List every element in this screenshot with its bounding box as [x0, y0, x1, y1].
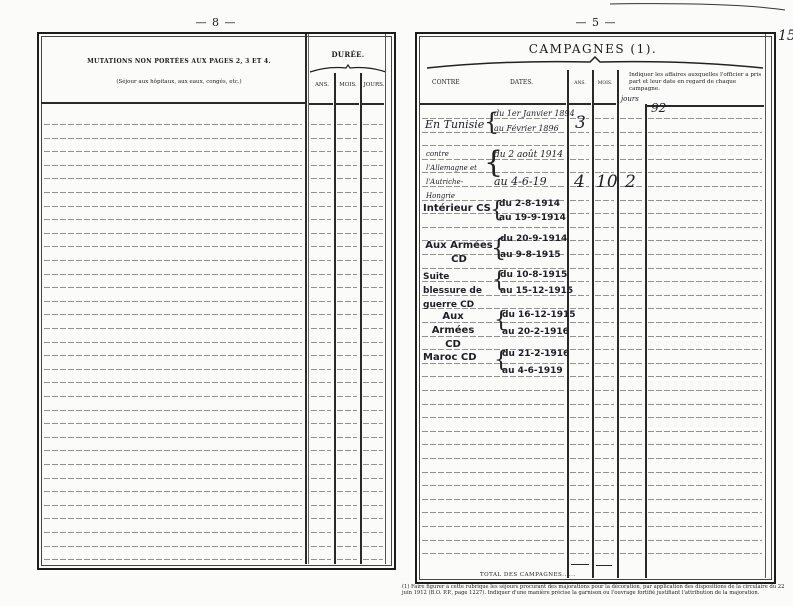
ruled-line: [620, 295, 642, 296]
ruled-line: [337, 138, 357, 139]
ruled-line: [363, 546, 383, 547]
ruled-line: [44, 342, 302, 343]
ruled-line: [595, 390, 614, 391]
ruled-line: [422, 458, 564, 459]
ruled-line: [570, 472, 589, 473]
ruled-line: [620, 213, 642, 214]
ruled-line: [311, 437, 331, 438]
total-campagnes-label: TOTAL DES CAMPAGNES......: [480, 572, 576, 578]
ruled-line: [570, 145, 589, 146]
ruled-line: [570, 526, 589, 527]
ruled-line: [337, 192, 357, 193]
ruled-line: [363, 301, 383, 302]
ruled-line: [422, 390, 564, 391]
ruled-line: [595, 118, 614, 119]
campaign-contre: contre l'Allemagne et l'Autriche-Hongrie: [426, 147, 486, 203]
ruled-line: [595, 499, 614, 500]
duree-label: DURÉE.: [308, 50, 388, 59]
ruled-line: [337, 206, 357, 207]
ruled-line: [595, 417, 614, 418]
ruled-line: [570, 281, 589, 282]
ruled-line: [44, 314, 302, 315]
ruled-line: [648, 376, 762, 377]
ruled-line: [648, 132, 762, 133]
ruled-line: [648, 540, 762, 541]
ruled-line: [648, 159, 762, 160]
ruled-line: [337, 410, 357, 411]
ruled-line: [363, 559, 383, 560]
ruled-line: [337, 328, 357, 329]
ruled-line: [44, 423, 302, 424]
mutations-title: MUTATIONS NON PORTÉES AUX PAGES 2, 3 ET …: [50, 58, 308, 65]
ruled-line: [311, 151, 331, 152]
ruled-line: [648, 444, 762, 445]
col-mois: MOIS.: [336, 82, 360, 88]
campaign-date-from: du 2-8-1914: [499, 199, 560, 209]
ruled-line: [648, 268, 762, 269]
duree-brace: [308, 64, 388, 74]
ruled-line: [44, 301, 302, 302]
ruled-line: [570, 458, 589, 459]
ruled-line: [620, 472, 642, 473]
ruled-line: [570, 159, 589, 160]
col-mois: MOIS.: [594, 81, 616, 86]
ruled-line: [311, 274, 331, 275]
col-affaires: Indiquer les affaires auxquelles l'offic…: [629, 72, 767, 93]
ruled-line: [363, 478, 383, 479]
ruled-line: [337, 274, 357, 275]
ruled-line: [620, 376, 642, 377]
ruled-line: [620, 281, 642, 282]
ruled-line: [620, 540, 642, 541]
ruled-line: [595, 526, 614, 527]
ruled-line: [363, 355, 383, 356]
campaign-date-to: au 4-6-1919: [502, 366, 563, 376]
ruled-line: [620, 240, 642, 241]
ruled-line: [44, 287, 302, 288]
ruled-line: [570, 240, 589, 241]
ruled-line: [363, 491, 383, 492]
ruled-line: [422, 376, 564, 377]
ruled-line: [648, 553, 762, 554]
ruled-line: [620, 118, 642, 119]
ruled-line: [595, 159, 614, 160]
ruled-line: [337, 396, 357, 397]
right-page-number: — 5 —: [566, 16, 626, 29]
ruled-line: [648, 145, 762, 146]
campaign-contre: Aux Armées CD: [423, 310, 483, 352]
ruled-line: [620, 132, 642, 133]
ruled-line: [422, 499, 564, 500]
ruled-line: [44, 464, 302, 465]
ruled-line: [648, 404, 762, 405]
ruled-line: [311, 478, 331, 479]
ruled-line: [595, 132, 614, 133]
ruled-line: [363, 246, 383, 247]
ruled-line: [337, 342, 357, 343]
ruled-line: [570, 376, 589, 377]
ruled-line: [44, 219, 302, 220]
ruled-line: [570, 499, 589, 500]
ruled-line: [337, 314, 357, 315]
campaign-date-from: du 16-12-1915: [502, 310, 576, 320]
ruled-line: [422, 444, 564, 445]
ruled-line: [648, 431, 762, 432]
campaign-mois: 10: [596, 172, 618, 192]
ruled-line: [620, 336, 642, 337]
ruled-line: [363, 518, 383, 519]
ruled-line: [311, 260, 331, 261]
ruled-line: [570, 512, 589, 513]
ruled-line: [363, 233, 383, 234]
ruled-line: [311, 491, 331, 492]
col-contre: CONTRE: [432, 79, 460, 86]
ruled-line: [44, 355, 302, 356]
ruled-line: [337, 178, 357, 179]
ruled-line: [44, 437, 302, 438]
ruled-line: [311, 192, 331, 193]
ruled-line: [595, 349, 614, 350]
ruled-line: [311, 219, 331, 220]
ruled-line: [648, 240, 762, 241]
ruled-line: [595, 472, 614, 473]
ruled-line: [620, 227, 642, 228]
ruled-line: [648, 213, 762, 214]
ruled-line: [620, 404, 642, 405]
ruled-line: [44, 478, 302, 479]
ruled-line: [311, 382, 331, 383]
ruled-line: [595, 145, 614, 146]
ruled-line: [422, 363, 564, 364]
ruled-line: [570, 213, 589, 214]
campaign-jours: 2: [625, 172, 636, 192]
ruled-line: [311, 342, 331, 343]
ruled-line: [595, 376, 614, 377]
ruled-line: [570, 268, 589, 269]
campaign-date-from: du 21-2-1916: [502, 349, 569, 359]
ruled-line: [363, 219, 383, 220]
ruled-line: [311, 505, 331, 506]
ruled-line: [337, 532, 357, 533]
ruled-line: [422, 417, 564, 418]
ruled-line: [620, 526, 642, 527]
ruled-line: [363, 151, 383, 152]
ruled-line: [620, 268, 642, 269]
ruled-line: [311, 559, 331, 560]
campaign-date-to: au Février 1896: [494, 124, 559, 133]
ruled-line: [422, 472, 564, 473]
ruled-line: [337, 491, 357, 492]
ruled-line: [363, 450, 383, 451]
campaign-date-to: au 15-12-1915: [500, 286, 573, 296]
ruled-line: [311, 246, 331, 247]
ruled-line: [44, 178, 302, 179]
ruled-line: [44, 138, 302, 139]
ruled-line: [363, 314, 383, 315]
ruled-line: [44, 505, 302, 506]
ruled-line: [311, 532, 331, 533]
ruled-line: [311, 138, 331, 139]
ruled-line: [337, 151, 357, 152]
ruled-line: [648, 295, 762, 296]
ruled-line: [620, 499, 642, 500]
ruled-line: [648, 526, 762, 527]
ruled-line: [363, 192, 383, 193]
ruled-line: [44, 192, 302, 193]
ruled-line: [311, 206, 331, 207]
ruled-line: [595, 254, 614, 255]
ruled-line: [648, 308, 762, 309]
campaign-contre: Maroc CD: [423, 352, 477, 363]
ruled-line: [363, 505, 383, 506]
ruled-line: [363, 274, 383, 275]
ruled-line: [311, 287, 331, 288]
ruled-line: [422, 485, 564, 486]
ruled-line: [363, 138, 383, 139]
campaign-affaires: 92: [651, 101, 666, 115]
ruled-line: [620, 553, 642, 554]
ruled-line: [44, 410, 302, 411]
ruled-line: [337, 505, 357, 506]
ruled-line: [311, 546, 331, 547]
col-jours-handwritten: jours: [621, 95, 639, 103]
ruled-line: [620, 512, 642, 513]
campaign-date-from: du 20-9-1914: [500, 234, 567, 244]
ruled-line: [570, 227, 589, 228]
ruled-line: [570, 390, 589, 391]
campaign-ans: 4: [574, 172, 585, 192]
ruled-line: [620, 200, 642, 201]
ruled-line: [363, 464, 383, 465]
ruled-line: [570, 553, 589, 554]
ruled-line: [422, 540, 564, 541]
ruled-line: [570, 540, 589, 541]
ruled-line: [620, 458, 642, 459]
ruled-line: [363, 423, 383, 424]
ruled-line: [363, 342, 383, 343]
ruled-line: [363, 178, 383, 179]
ruled-line: [595, 308, 614, 309]
ruled-line: [44, 382, 302, 383]
ruled-line: [337, 450, 357, 451]
ruled-line: [44, 328, 302, 329]
ruled-line: [648, 227, 762, 228]
ruled-line: [620, 349, 642, 350]
ruled-line: [44, 559, 302, 560]
ruled-line: [44, 260, 302, 261]
mutations-subtitle: (Séjour aux hôpitaux, aux eaux, congés, …: [50, 79, 308, 85]
ruled-line: [648, 186, 762, 187]
ruled-line: [311, 301, 331, 302]
ruled-line: [337, 369, 357, 370]
ruled-line: [363, 396, 383, 397]
ruled-line: [595, 431, 614, 432]
ruled-line: [44, 274, 302, 275]
ruled-line: [595, 200, 614, 201]
ruled-line: [570, 363, 589, 364]
corner-annotation: 15: [778, 28, 793, 44]
ruled-line: [648, 281, 762, 282]
ruled-line: [44, 369, 302, 370]
ruled-line: [648, 336, 762, 337]
ruled-line: [311, 165, 331, 166]
ruled-line: [595, 240, 614, 241]
ruled-line: [337, 355, 357, 356]
ruled-line: [44, 450, 302, 451]
ruled-line: [648, 118, 762, 119]
ruled-line: [337, 478, 357, 479]
ruled-line: [648, 472, 762, 473]
ruled-line: [337, 423, 357, 424]
ruled-line: [595, 322, 614, 323]
ruled-line: [648, 512, 762, 513]
ruled-line: [648, 349, 762, 350]
ruled-line: [337, 165, 357, 166]
campaign-date-from: du 10-8-1915: [500, 270, 567, 280]
ruled-line: [363, 532, 383, 533]
col-ans: ANS.: [310, 82, 334, 88]
ruled-line: [620, 444, 642, 445]
ruled-line: [570, 444, 589, 445]
ruled-line: [620, 145, 642, 146]
ruled-line: [648, 417, 762, 418]
ruled-line: [337, 518, 357, 519]
ruled-line: [570, 200, 589, 201]
campaign-date-from: du 2 août 1914: [494, 150, 563, 160]
ruled-line: [648, 485, 762, 486]
ruled-line: [595, 404, 614, 405]
ruled-line: [44, 233, 302, 234]
ruled-line: [422, 227, 564, 228]
ruled-line: [595, 281, 614, 282]
ruled-line: [363, 206, 383, 207]
campagnes-brace: [425, 56, 765, 70]
ruled-line: [363, 165, 383, 166]
ruled-line: [311, 369, 331, 370]
ruled-line: [44, 165, 302, 166]
ruled-line: [311, 464, 331, 465]
ruled-line: [422, 526, 564, 527]
ruled-line: [311, 178, 331, 179]
ruled-line: [44, 546, 302, 547]
col-ans: ANS.: [569, 81, 591, 86]
ruled-line: [595, 444, 614, 445]
ruled-line: [595, 363, 614, 364]
ruled-line: [620, 363, 642, 364]
ruled-line: [311, 396, 331, 397]
campaign-date-from: du 1er Janvier 1894: [494, 109, 575, 118]
ruled-line: [620, 322, 642, 323]
ruled-line: [311, 233, 331, 234]
footnote: (1) Faire figurer à cette rubrique les s…: [402, 584, 790, 596]
campagnes-title: CAMPAGNES (1).: [418, 42, 768, 56]
ruled-line: [44, 532, 302, 533]
ruled-line: [620, 254, 642, 255]
ruled-line: [44, 151, 302, 152]
ruled-line: [595, 213, 614, 214]
ruled-line: [620, 417, 642, 418]
ruled-line: [337, 559, 357, 560]
ruled-line: [648, 322, 762, 323]
ruled-line: [570, 322, 589, 323]
campaign-date-to: au 9-8-1915: [500, 250, 561, 260]
ruled-line: [363, 260, 383, 261]
ruled-line: [337, 260, 357, 261]
ruled-line: [337, 233, 357, 234]
ruled-line: [363, 382, 383, 383]
ruled-line: [363, 124, 383, 125]
ruled-line: [337, 464, 357, 465]
ruled-line: [311, 518, 331, 519]
ruled-line: [648, 200, 762, 201]
ruled-line: [620, 485, 642, 486]
ruled-line: [620, 390, 642, 391]
ruled-line: [595, 295, 614, 296]
ruled-line: [44, 518, 302, 519]
ruled-line: [595, 553, 614, 554]
ruled-line: [363, 437, 383, 438]
ruled-line: [570, 349, 589, 350]
ruled-line: [620, 308, 642, 309]
ruled-line: [422, 553, 564, 554]
ruled-line: [570, 336, 589, 337]
ruled-line: [363, 328, 383, 329]
ruled-line: [311, 355, 331, 356]
ruled-line: [595, 336, 614, 337]
campaign-date-to: au 19-9-1914: [499, 213, 566, 223]
ruled-line: [44, 491, 302, 492]
ruled-line: [311, 423, 331, 424]
ruled-line: [311, 314, 331, 315]
ruled-line: [311, 124, 331, 125]
page-curl-edge: [610, 0, 793, 14]
campaign-contre: Aux Armées CD: [423, 239, 495, 267]
ruled-line: [570, 254, 589, 255]
ruled-line: [648, 458, 762, 459]
ruled-line: [648, 363, 762, 364]
ruled-line: [595, 512, 614, 513]
campaign-contre: Suite blessure de guerre CD: [423, 270, 495, 312]
ruled-line: [422, 404, 564, 405]
left-page-number: — 8 —: [186, 16, 246, 29]
ruled-line: [44, 206, 302, 207]
ruled-line: [570, 417, 589, 418]
ruled-line: [570, 308, 589, 309]
ruled-line: [620, 431, 642, 432]
ruled-line: [337, 287, 357, 288]
ruled-line: [595, 268, 614, 269]
ruled-line: [595, 485, 614, 486]
ruled-line: [44, 246, 302, 247]
ruled-line: [337, 546, 357, 547]
ruled-line: [311, 450, 331, 451]
ruled-line: [363, 369, 383, 370]
col-dates: DATES.: [510, 79, 533, 86]
ruled-line: [337, 246, 357, 247]
ruled-line: [363, 287, 383, 288]
ruled-line: [595, 458, 614, 459]
ruled-line: [337, 382, 357, 383]
ruled-line: [648, 172, 762, 173]
ruled-line: [648, 390, 762, 391]
campaign-ans: 3: [575, 113, 586, 133]
ruled-line: [570, 404, 589, 405]
ruled-line: [44, 124, 302, 125]
ruled-line: [620, 159, 642, 160]
campaign-contre: En Tunisie: [425, 118, 484, 131]
ruled-line: [337, 437, 357, 438]
ruled-line: [422, 431, 564, 432]
